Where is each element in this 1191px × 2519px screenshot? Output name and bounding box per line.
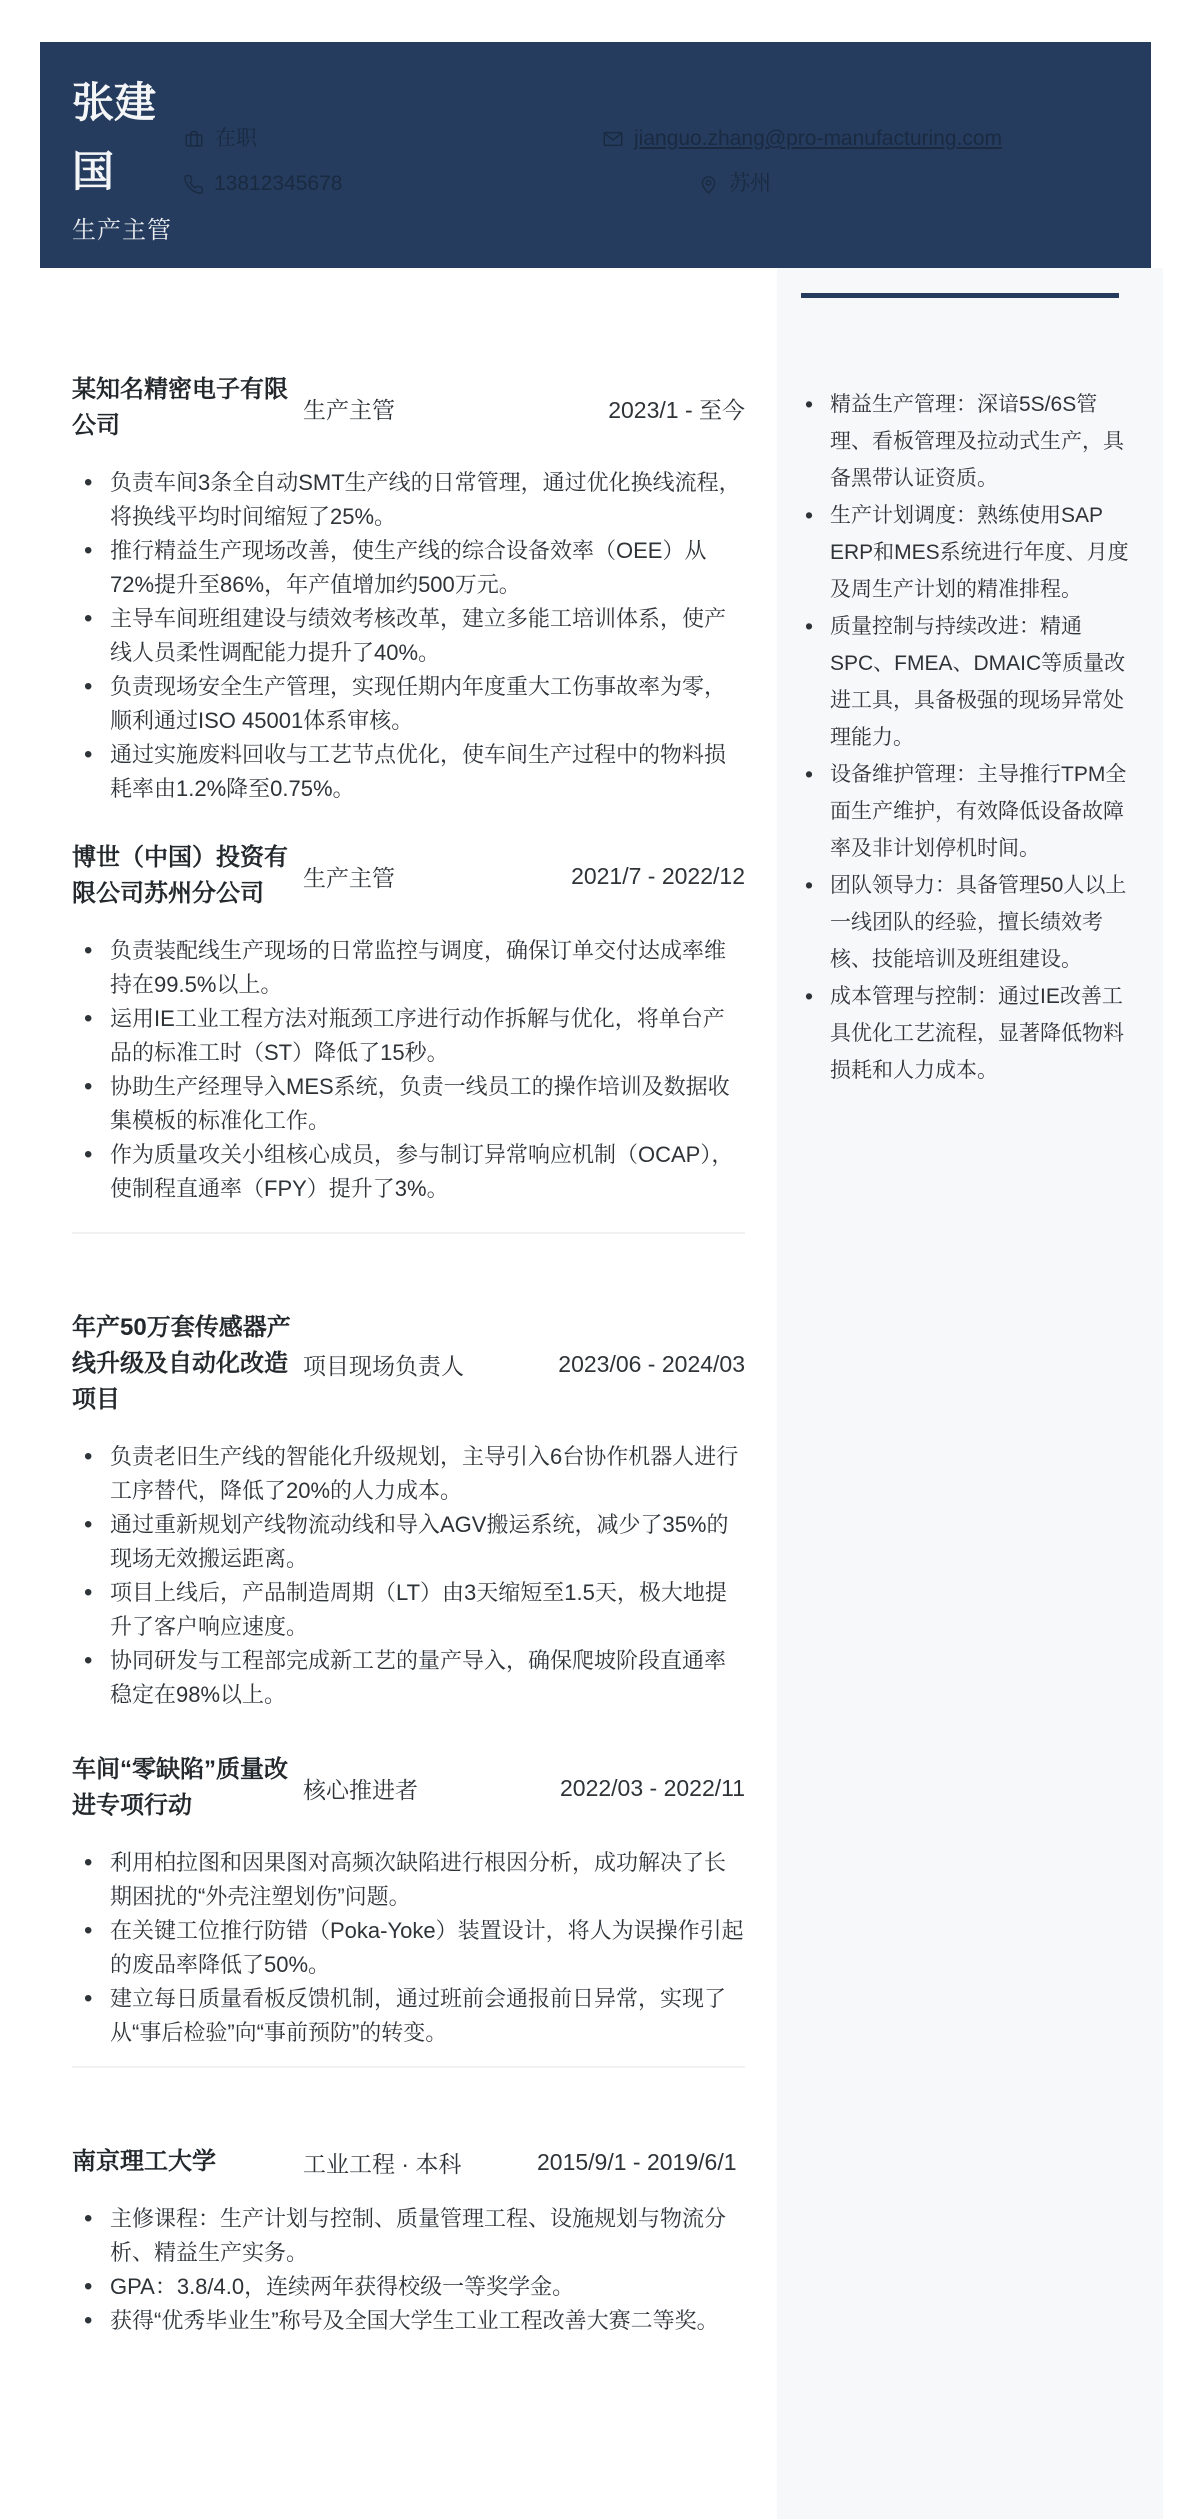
school-name: 南京理工大学 xyxy=(72,2144,303,2180)
education-entry: 南京理工大学 工业工程 · 本科 2015/9/1 - 2019/6/1 主修课… xyxy=(72,2144,745,2338)
phone-row: 13812345678 xyxy=(183,171,342,197)
company-name: 博世（中国）投资有限公司苏州分公司 xyxy=(72,840,303,912)
bullet-item: 通过实施废料回收与工艺节点优化，使车间生产过程中的物料损耗率由1.2%降至0.7… xyxy=(72,738,745,806)
bullet-item: 通过重新规划产线物流动线和导入AGV搬运系统，减少了35%的现场无效搬运距离。 xyxy=(72,1508,745,1576)
project-entry: 车间“零缺陷”质量改进专项行动 核心推进者 2022/03 - 2022/11 … xyxy=(72,1752,745,2050)
project-entry: 年产50万套传感器产线升级及自动化改造项目 项目现场负责人 2023/06 - … xyxy=(72,1310,745,1712)
sidebar-accent-rule xyxy=(801,293,1119,298)
entry-role: 项目现场负责人 xyxy=(303,1348,558,1381)
skill-item: 团队领导力：具备管理50人以上一线团队的经验，擅长绩效考核、技能培训及班组建设。 xyxy=(830,867,1129,978)
section-education: 南京理工大学 工业工程 · 本科 2015/9/1 - 2019/6/1 主修课… xyxy=(72,2144,745,2338)
bullet-item: 负责装配线生产现场的日常监控与调度，确保订单交付达成率维持在99.5%以上。 xyxy=(72,934,745,1002)
employment-status: 在职 xyxy=(183,126,257,152)
location-row: 苏州 xyxy=(698,171,771,197)
entry-dates: 2022/03 - 2022/11 xyxy=(560,1775,745,1802)
bullet-item: 协助生产经理导入MES系统，负责一线员工的操作培训及数据收集模板的标准化工作。 xyxy=(72,1070,745,1138)
entry-dates: 2023/1 - 至今 xyxy=(608,392,745,425)
entry-role: 核心推进者 xyxy=(303,1772,560,1805)
section-work-experience: 某知名精密电子有限公司 生产主管 2023/1 - 至今 负责车间3条全自动SM… xyxy=(72,372,745,1206)
bullet-item: 在关键工位推行防错（Poka-Yoke）装置设计，将人为误操作引起的废品率降低了… xyxy=(72,1914,745,1982)
email-row: jianguo.zhang@pro-manufacturing.com xyxy=(602,126,1002,152)
briefcase-icon xyxy=(183,128,205,150)
bullet-item: 项目上线后，产品制造周期（LT）由3天缩短至1.5天，极大地提升了客户响应速度。 xyxy=(72,1576,745,1644)
degree: 工业工程 · 本科 xyxy=(303,2146,537,2179)
entry-bullet-list: 负责老旧生产线的智能化升级规划，主导引入6台协作机器人进行工序替代，降低了20%… xyxy=(72,1440,745,1712)
bullet-item: 协同研发与工程部完成新工艺的量产导入，确保爬坡阶段直通率稳定在98%以上。 xyxy=(72,1644,745,1712)
bullet-item: 作为质量攻关小组核心成员，参与制订异常响应机制（OCAP），使制程直通率（FPY… xyxy=(72,1138,745,1206)
employment-status-text: 在职 xyxy=(215,126,257,152)
resume-page: 张建国 生产主管 在职 13812345678 xyxy=(0,0,1191,2519)
entry-role: 生产主管 xyxy=(303,860,571,893)
bullet-item: 负责老旧生产线的智能化升级规划，主导引入6台协作机器人进行工序替代，降低了20%… xyxy=(72,1440,745,1508)
bullet-item: 获得“优秀毕业生”称号及全国大学生工业工程改善大赛二等奖。 xyxy=(72,2304,745,2338)
entry-dates: 2021/7 - 2022/12 xyxy=(571,863,745,890)
experience-entry: 某知名精密电子有限公司 生产主管 2023/1 - 至今 负责车间3条全自动SM… xyxy=(72,372,745,806)
skills-list: 精益生产管理：深谙5S/6S管理、看板管理及拉动式生产，具备黑带认证资质。 生产… xyxy=(777,386,1163,1089)
entry-header: 车间“零缺陷”质量改进专项行动 核心推进者 2022/03 - 2022/11 xyxy=(72,1752,745,1824)
bullet-item: 利用柏拉图和因果图对高频次缺陷进行根因分析，成功解决了长期困扰的“外壳注塑划伤”… xyxy=(72,1846,745,1914)
company-name: 某知名精密电子有限公司 xyxy=(72,372,303,444)
bullet-item: 负责车间3条全自动SMT生产线的日常管理，通过优化换线流程，将换线平均时间缩短了… xyxy=(72,466,745,534)
bullet-item: 主修课程：生产计划与控制、质量管理工程、设施规划与物流分析、精益生产实务。 xyxy=(72,2202,745,2270)
entry-header: 年产50万套传感器产线升级及自动化改造项目 项目现场负责人 2023/06 - … xyxy=(72,1310,745,1418)
location-text: 苏州 xyxy=(729,171,771,197)
entry-dates: 2023/06 - 2024/03 xyxy=(558,1351,745,1378)
entry-role: 生产主管 xyxy=(303,392,608,425)
map-pin-icon xyxy=(698,174,719,195)
experience-entry: 博世（中国）投资有限公司苏州分公司 生产主管 2021/7 - 2022/12 … xyxy=(72,840,745,1206)
section-divider xyxy=(72,2066,745,2068)
entry-bullet-list: 负责装配线生产现场的日常监控与调度，确保订单交付达成率维持在99.5%以上。 运… xyxy=(72,934,745,1206)
skill-item: 质量控制与持续改进：精通SPC、FMEA、DMAIC等质量改进工具，具备极强的现… xyxy=(830,608,1129,756)
entry-bullet-list: 利用柏拉图和因果图对高频次缺陷进行根因分析，成功解决了长期困扰的“外壳注塑划伤”… xyxy=(72,1846,745,2050)
resume-header: 张建国 生产主管 在职 13812345678 xyxy=(40,42,1151,268)
skill-item: 生产计划调度：熟练使用SAP ERP和MES系统进行年度、月度及周生产计划的精准… xyxy=(830,497,1129,608)
envelope-icon xyxy=(602,128,624,150)
bullet-item: 建立每日质量看板反馈机制，通过班前会通报前日异常，实现了从“事后检验”向“事前预… xyxy=(72,1982,745,2050)
email-link[interactable]: jianguo.zhang@pro-manufacturing.com xyxy=(634,126,1002,152)
bullet-item: GPA：3.8/4.0，连续两年获得校级一等奖学金。 xyxy=(72,2270,745,2304)
entry-header: 南京理工大学 工业工程 · 本科 2015/9/1 - 2019/6/1 xyxy=(72,2144,745,2180)
candidate-name: 张建国 xyxy=(72,68,192,206)
entry-bullet-list: 负责车间3条全自动SMT生产线的日常管理，通过优化换线流程，将换线平均时间缩短了… xyxy=(72,466,745,806)
bullet-item: 负责现场安全生产管理，实现任期内年度重大工伤事故率为零，顺利通过ISO 4500… xyxy=(72,670,745,738)
skills-sidebar: 精益生产管理：深谙5S/6S管理、看板管理及拉动式生产，具备黑带认证资质。 生产… xyxy=(777,268,1163,2519)
bullet-item: 运用IE工业工程方法对瓶颈工序进行动作拆解与优化，将单台产品的标准工时（ST）降… xyxy=(72,1002,745,1070)
skill-item: 设备维护管理：主导推行TPM全面生产维护，有效降低设备故障率及非计划停机时间。 xyxy=(830,756,1129,867)
entry-dates: 2015/9/1 - 2019/6/1 xyxy=(537,2144,745,2180)
project-name: 车间“零缺陷”质量改进专项行动 xyxy=(72,1752,303,1824)
skill-item: 成本管理与控制：通过IE改善工具优化工艺流程，显著降低物料损耗和人力成本。 xyxy=(830,978,1129,1089)
candidate-job-title: 生产主管 xyxy=(72,210,172,245)
entry-bullet-list: 主修课程：生产计划与控制、质量管理工程、设施规划与物流分析、精益生产实务。 GP… xyxy=(72,2202,745,2338)
skill-item: 精益生产管理：深谙5S/6S管理、看板管理及拉动式生产，具备黑带认证资质。 xyxy=(830,386,1129,497)
bullet-item: 主导车间班组建设与绩效考核改革，建立多能工培训体系，使产线人员柔性调配能力提升了… xyxy=(72,602,745,670)
bullet-item: 推行精益生产现场改善，使生产线的综合设备效率（OEE）从72%提升至86%，年产… xyxy=(72,534,745,602)
section-projects: 年产50万套传感器产线升级及自动化改造项目 项目现场负责人 2023/06 - … xyxy=(72,1310,745,2050)
entry-header: 某知名精密电子有限公司 生产主管 2023/1 - 至今 xyxy=(72,372,745,444)
phone-icon xyxy=(183,174,204,195)
entry-header: 博世（中国）投资有限公司苏州分公司 生产主管 2021/7 - 2022/12 xyxy=(72,840,745,912)
project-name: 年产50万套传感器产线升级及自动化改造项目 xyxy=(72,1310,303,1418)
phone-number: 13812345678 xyxy=(214,171,342,197)
section-divider xyxy=(72,1232,745,1234)
main-column: 某知名精密电子有限公司 生产主管 2023/1 - 至今 负责车间3条全自动SM… xyxy=(72,372,745,2338)
